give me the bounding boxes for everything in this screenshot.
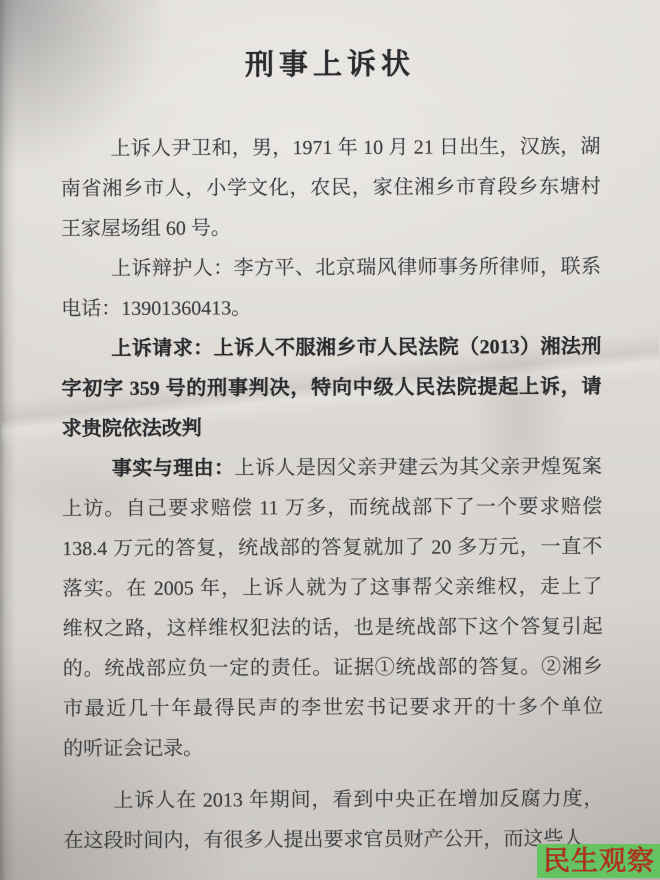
text-line: 上诉人在 2013 年期间，看到中央正在增加反腐力度，: [63, 779, 603, 821]
text-line: 求贵院依法改判: [62, 407, 602, 449]
text-line: 上诉人尹卫和，男，1971 年 10 月 21 日出生，汉族，湖: [60, 127, 600, 169]
text-line: 的。统战部应负一定的责任。证据①统战部的答复。②湘乡: [63, 647, 603, 689]
text-line: 上诉请求：上诉人不服湘乡市人民法院（2013）湘法刑: [61, 327, 601, 369]
text-line: 字初字 359 号的刑事判决，特向中级人民法院提起上诉，请: [61, 367, 601, 409]
text-line: 在这段时间内，有很多人提出要求官员财产公开，而这些人: [63, 819, 603, 861]
text-line: 事实与理由：上诉人是因父亲尹建云为其父亲尹煌冤案: [62, 447, 602, 489]
text-line: 的听证会记录。: [63, 727, 603, 769]
text-line: 市最近几十年最得民声的李世宏书记要求开的十多个单位: [63, 687, 603, 729]
document-paragraph: 上诉人尹卫和，男，1971 年 10 月 21 日出生，汉族，湖南省湘乡市人，小…: [60, 127, 601, 249]
document-page: 刑事上诉状 上诉人尹卫和，男，1971 年 10 月 21 日出生，汉族，湖南省…: [0, 0, 660, 880]
document-paragraph: 事实与理由：上诉人是因父亲尹建云为其父亲尹煌冤案上访。自己要求赔偿 11 万多，…: [62, 447, 603, 769]
text-line: 南省湘乡市人，小学文化，农民，家住湘乡市育段乡东塘村: [61, 167, 601, 209]
text-line: 上访。自己要求赔偿 11 万多，而统战部下了一个要求赔偿: [62, 487, 602, 529]
text-line: 电话：13901360413。: [61, 287, 601, 329]
watermark-badge: 民生观察: [537, 844, 660, 878]
paragraph-lead-label: 事实与理由：: [112, 457, 235, 480]
text-line: 138.4 万元的答复，统战部的答复就加了 20 多万元，一直不: [62, 527, 602, 569]
text-line: 落实。在 2005 年，上诉人就为了这事帮父亲维权，走上了: [62, 567, 602, 609]
text-line: 上诉辩护人：李方平、北京瑞风律师事务所律师，联系: [61, 247, 601, 289]
document-body: 上诉人尹卫和，男，1971 年 10 月 21 日出生，汉族，湖南省湘乡市人，小…: [60, 127, 603, 861]
watermark-label: 民生观察: [543, 844, 655, 878]
document-paragraph: 上诉请求：上诉人不服湘乡市人民法院（2013）湘法刑字初字 359 号的刑事判决…: [61, 327, 602, 449]
document-title: 刑事上诉状: [0, 40, 660, 84]
text-line: 王家屋场组 60 号。: [61, 207, 601, 249]
document-paragraph: 上诉辩护人：李方平、北京瑞风律师事务所律师，联系电话：13901360413。: [61, 247, 601, 329]
document-paragraph: 上诉人在 2013 年期间，看到中央正在增加反腐力度，在这段时间内，有很多人提出…: [63, 779, 603, 861]
text-line: 维权之路，这样维权犯法的话，也是统战部下这个答复引起: [62, 607, 602, 649]
